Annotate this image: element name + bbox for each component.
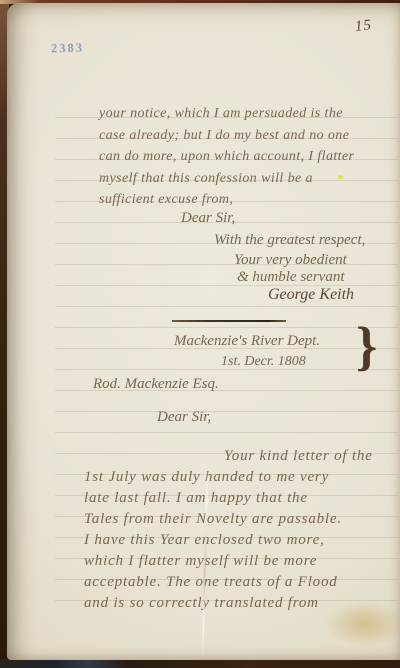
section-divider-rule <box>172 320 286 322</box>
bottom-page-edges <box>0 659 400 668</box>
letter1-line: myself that this confession will be a <box>99 168 400 190</box>
letter2-body: Your kind letter of the 1st July was dul… <box>84 446 396 614</box>
closing-humble: & humble servant <box>237 269 344 286</box>
closing-salutation: Dear Sir, <box>181 210 235 227</box>
letter1-line: sufficient excuse from, <box>99 189 400 211</box>
letter2-line: 1st July was duly handed to me very <box>84 467 396 488</box>
letter2-addressee: Rod. Mackenzie Esq. <box>93 376 219 393</box>
letter2-line: Tales from their Novelty are passable. <box>84 509 396 530</box>
paper-stain <box>325 601 400 647</box>
closing-obedient: Your very obedient <box>234 252 347 269</box>
letter2-place-heading: Mackenzie's River Dept. <box>174 333 320 350</box>
letter2-line: which I flatter myself will be more <box>84 551 396 572</box>
letter2-line: acceptable. The one treats of a Flood <box>84 572 396 593</box>
letter1-body: your notice, which I am persuaded is the… <box>99 103 400 211</box>
letter1-line: case already; but I do my best and no on… <box>99 125 400 147</box>
letter2-salutation: Dear Sir, <box>157 409 211 426</box>
heading-brace: } <box>356 319 377 373</box>
scanned-letterbook-page: 15 2383 your notice, which I am persuade… <box>0 0 400 668</box>
folio-number: 15 <box>354 17 373 36</box>
letter2-line: Your kind letter of the <box>84 446 396 467</box>
archive-stamp-number: 2383 <box>51 41 84 57</box>
letter2-date-heading: 1st. Decr. 1808 <box>221 354 306 370</box>
manuscript-page: 15 2383 your notice, which I am persuade… <box>7 3 400 660</box>
yellow-speck <box>338 175 343 179</box>
letter1-line: can do more, upon which account, I flatt… <box>99 146 400 168</box>
letter2-line: late last fall. I am happy that the <box>84 488 396 509</box>
letter1-line: your notice, which I am persuaded is the <box>99 103 400 125</box>
letter2-line: I have this Year enclosed two more, <box>84 530 396 551</box>
closing-respect: With the greatest respect, <box>214 232 365 249</box>
signature-george-keith: George Keith <box>268 286 354 304</box>
